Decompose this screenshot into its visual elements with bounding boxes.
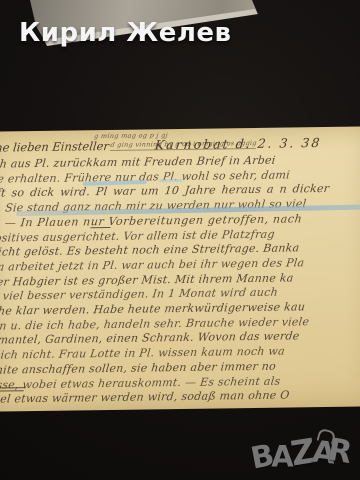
- seller-name-overlay: Кирил Желев: [19, 18, 231, 48]
- listing-photo: Кирил Желев g ming mag og p j gj d ging …: [0, 0, 360, 480]
- ink-underline: [90, 227, 110, 229]
- bazar-letter: R: [326, 434, 355, 469]
- handwriting-first-line: ne lieben EinstellerKarnobat d. 2. 3. 38: [0, 134, 360, 155]
- letter-opening-text: ne lieben Einsteller: [0, 139, 110, 155]
- bazar-watermark: B A Z A R: [250, 433, 353, 474]
- place-date-text: Karnobat d. 2. 3. 38: [108, 135, 322, 153]
- handwriting-text-block: ich aus Pl. zurückkam mit Freuden Brief …: [0, 151, 360, 407]
- postcard-image[interactable]: g ming mag og p j gj d ging vinning by g…: [0, 126, 360, 411]
- blue-pencil-mark: [159, 179, 183, 182]
